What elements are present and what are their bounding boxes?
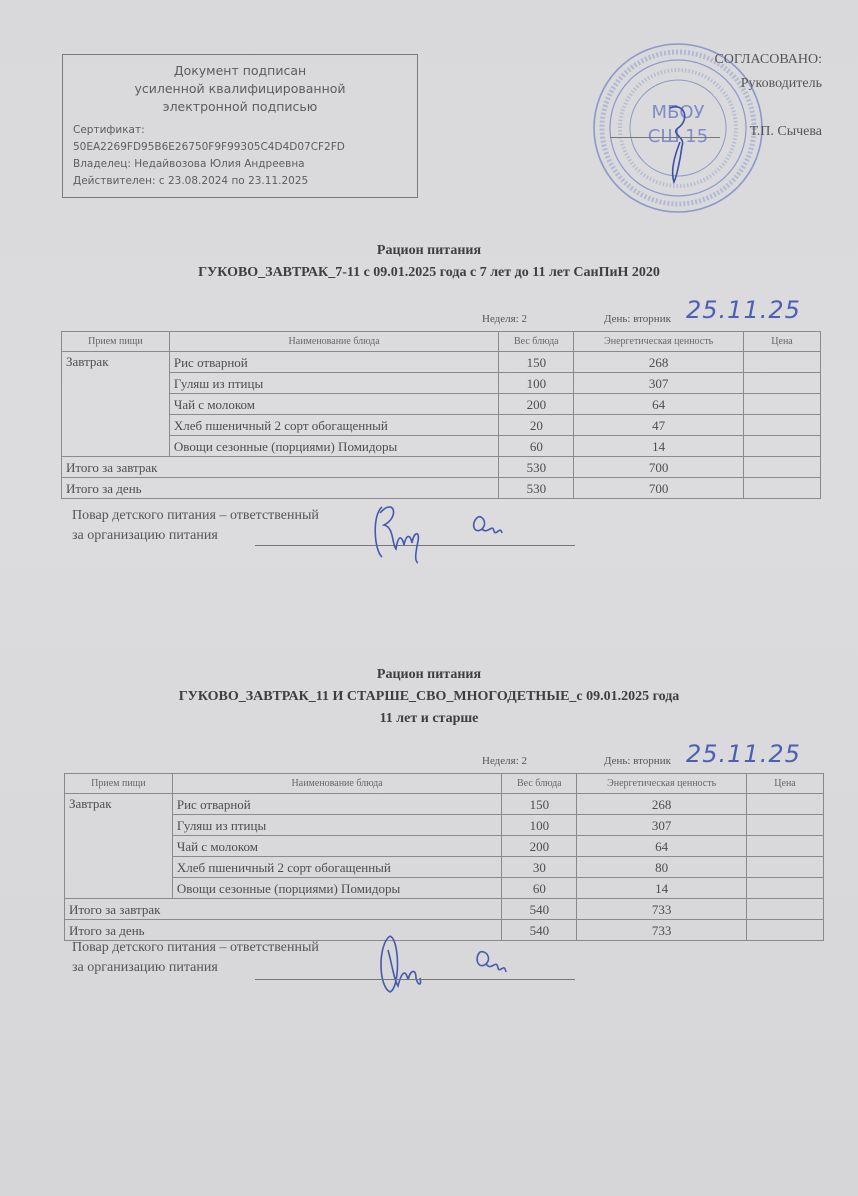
dish-name: Хлеб пшеничный 2 сорт обогащенный — [169, 415, 498, 436]
cook-line-1: Повар детского питания – ответственный — [72, 506, 319, 526]
table-row: Овощи сезонные (порциями) Помидоры 60 14 — [62, 436, 821, 457]
cook-responsible: Повар детского питания – ответственный з… — [72, 506, 319, 546]
dish-name: Хлеб пшеничный 2 сорт обогащенный — [172, 857, 501, 878]
table-header-row: Прием пищи Наименование блюда Вес блюда … — [65, 774, 824, 794]
table-row: Гуляш из птицы 100 307 — [62, 373, 821, 394]
dish-name: Гуляш из птицы — [172, 815, 501, 836]
dish-energy: 307 — [577, 815, 747, 836]
dish-price — [744, 436, 821, 457]
dish-energy: 80 — [577, 857, 747, 878]
menu-subtitle: ГУКОВО_ЗАВТРАК_11 И СТАРШЕ_СВО_МНОГОДЕТН… — [0, 689, 858, 705]
dish-price — [747, 794, 824, 815]
dish-weight: 150 — [502, 794, 577, 815]
handwritten-date: 25.11.25 — [686, 296, 801, 324]
dish-energy: 64 — [577, 836, 747, 857]
dish-price — [747, 857, 824, 878]
menu-subtitle-age: 11 лет и старше — [0, 711, 858, 727]
cook-signature-icon — [370, 495, 520, 565]
dish-weight: 60 — [502, 878, 577, 899]
total-label: Итого за завтрак — [65, 899, 502, 920]
menu-table: Прием пищи Наименование блюда Вес блюда … — [64, 773, 824, 941]
table-header-row: Прием пищи Наименование блюда Вес блюда … — [62, 332, 821, 352]
total-label: Итого за завтрак — [62, 457, 499, 478]
menu-table: Прием пищи Наименование блюда Вес блюда … — [61, 331, 821, 499]
dish-name: Чай с молоком — [172, 836, 501, 857]
dish-name: Рис отварной — [169, 352, 498, 373]
meal-type: Завтрак — [62, 352, 170, 457]
total-price — [747, 920, 824, 941]
week-label: Неделя: 2 — [482, 755, 527, 767]
total-energy: 700 — [574, 457, 744, 478]
dish-price — [744, 415, 821, 436]
total-price — [744, 457, 821, 478]
cook-responsible: Повар детского питания – ответственный з… — [72, 938, 319, 978]
cook-line-1: Повар детского питания – ответственный — [72, 938, 319, 958]
total-breakfast-row: Итого за завтрак 540 733 — [65, 899, 824, 920]
table-row: Хлеб пшеничный 2 сорт обогащенный 20 47 — [62, 415, 821, 436]
dish-weight: 100 — [499, 373, 574, 394]
total-weight: 540 — [502, 899, 577, 920]
table-row: Чай с молоком 200 64 — [65, 836, 824, 857]
table-row: Завтрак Рис отварной 150 268 — [65, 794, 824, 815]
certificate-owner: Владелец: Недайвозова Юлия Андреевна — [73, 156, 417, 173]
column-header: Прием пищи — [65, 774, 173, 794]
total-breakfast-row: Итого за завтрак 530 700 — [62, 457, 821, 478]
column-header: Цена — [747, 774, 824, 794]
table-row: Овощи сезонные (порциями) Помидоры 60 14 — [65, 878, 824, 899]
approval-role: Руководитель — [741, 76, 822, 92]
handwritten-date: 25.11.25 — [686, 740, 801, 768]
dish-weight: 200 — [499, 394, 574, 415]
dish-price — [747, 878, 824, 899]
approval-label: СОГЛАСОВАНО: — [714, 52, 822, 68]
cook-signature-icon — [376, 930, 526, 1000]
column-header: Энергетическая ценность — [577, 774, 747, 794]
dish-energy: 47 — [574, 415, 744, 436]
total-weight: 530 — [499, 457, 574, 478]
total-energy: 700 — [574, 478, 744, 499]
column-header: Прием пищи — [62, 332, 170, 352]
column-header: Вес блюда — [499, 332, 574, 352]
total-price — [744, 478, 821, 499]
total-price — [747, 899, 824, 920]
column-header: Цена — [744, 332, 821, 352]
column-header: Наименование блюда — [172, 774, 501, 794]
dish-energy: 14 — [574, 436, 744, 457]
day-label: День: вторник — [604, 755, 671, 767]
certificate-number: 50EA2269FD95B6E26750F9F99305C4D4D07CF2FD — [73, 139, 417, 156]
dish-energy: 64 — [574, 394, 744, 415]
menu-title: Рацион питания — [0, 243, 858, 259]
column-header: Наименование блюда — [169, 332, 498, 352]
cook-line-2: за организацию питания — [72, 526, 319, 546]
cook-line-2: за организацию питания — [72, 958, 319, 978]
dish-name: Гуляш из птицы — [169, 373, 498, 394]
dish-energy: 268 — [574, 352, 744, 373]
electronic-signature-box: Документ подписан усиленной квалифициров… — [62, 54, 418, 198]
dish-energy: 307 — [574, 373, 744, 394]
dish-weight: 200 — [502, 836, 577, 857]
dish-price — [747, 836, 824, 857]
dish-price — [744, 373, 821, 394]
week-label: Неделя: 2 — [482, 313, 527, 325]
dish-name: Овощи сезонные (порциями) Помидоры — [172, 878, 501, 899]
total-energy: 733 — [577, 899, 747, 920]
certificate-label: Сертификат: — [73, 122, 417, 139]
dish-name: Чай с молоком — [169, 394, 498, 415]
menu-title: Рацион питания — [0, 667, 858, 683]
table-row: Хлеб пшеничный 2 сорт обогащенный 30 80 — [65, 857, 824, 878]
table-row: Завтрак Рис отварной 150 268 — [62, 352, 821, 373]
cook-signature-line — [255, 979, 575, 980]
dish-price — [744, 352, 821, 373]
menu-subtitle: ГУКОВО_ЗАВТРАК_7-11 с 09.01.2025 года с … — [0, 265, 858, 281]
dish-price — [747, 815, 824, 836]
dish-weight: 150 — [499, 352, 574, 373]
dish-name: Рис отварной — [172, 794, 501, 815]
column-header: Энергетическая ценность — [574, 332, 744, 352]
dish-weight: 60 — [499, 436, 574, 457]
approval-signature-line — [610, 137, 720, 138]
dish-weight: 100 — [502, 815, 577, 836]
day-label: День: вторник — [604, 313, 671, 325]
certificate-validity: Действителен: с 23.08.2024 по 23.11.2025 — [73, 173, 417, 190]
dish-energy: 14 — [577, 878, 747, 899]
meal-type: Завтрак — [65, 794, 173, 899]
svg-text:МБОУ: МБОУ — [651, 102, 704, 123]
table-row: Гуляш из птицы 100 307 — [65, 815, 824, 836]
total-energy: 733 — [577, 920, 747, 941]
dish-price — [744, 394, 821, 415]
column-header: Вес блюда — [502, 774, 577, 794]
approval-name: Т.П. Сычева — [750, 124, 822, 140]
esig-header-line: усиленной квалифицированной — [63, 80, 417, 98]
esig-header-line: Документ подписан — [63, 62, 417, 80]
dish-weight: 30 — [502, 857, 577, 878]
dish-weight: 20 — [499, 415, 574, 436]
dish-name: Овощи сезонные (порциями) Помидоры — [169, 436, 498, 457]
esig-header-line: электронной подписью — [63, 98, 417, 116]
table-row: Чай с молоком 200 64 — [62, 394, 821, 415]
dish-energy: 268 — [577, 794, 747, 815]
